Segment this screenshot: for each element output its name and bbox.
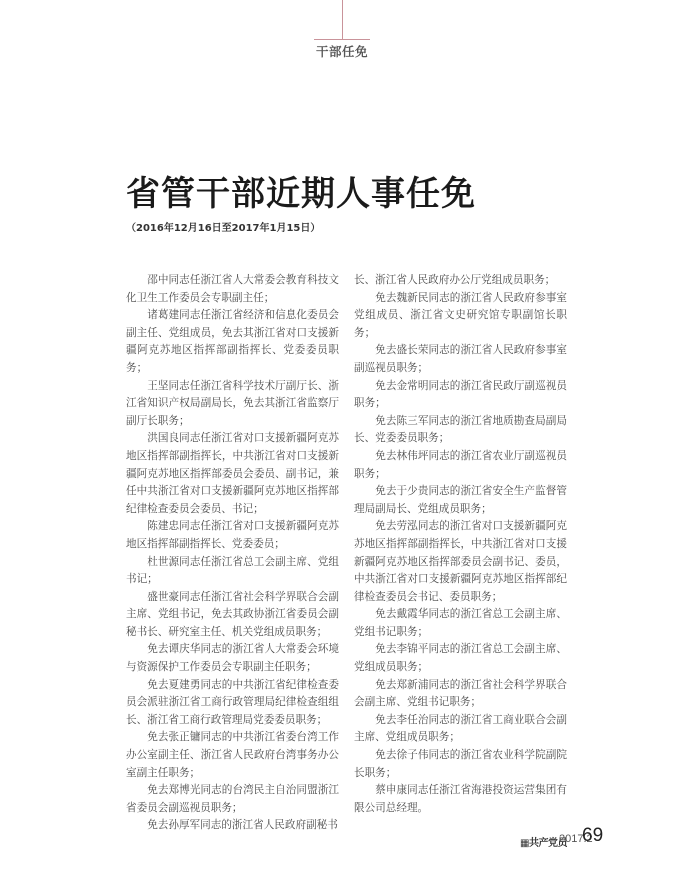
appointment-paragraph: 免去林伟坪同志的浙江省农业厅副巡视员职务； — [354, 448, 567, 483]
article-title: 省管干部近期人事任免 — [126, 166, 476, 215]
appointment-paragraph: 王坚同志任浙江省科学技术厅副厅长、浙江省知识产权局副局长，免去其浙江省监察厅副厅… — [126, 378, 339, 431]
page-footer: ▦共产党员 2017.2 69 — [0, 826, 683, 850]
appointment-paragraph: 免去陈三军同志的浙江省地质勘查局副局长、党委委员职务； — [354, 413, 567, 448]
right-column: 长、浙江省人民政府办公厅党组成员职务；免去魏新民同志的浙江省人民政府参事室党组成… — [354, 272, 567, 817]
appointment-paragraph: 诸葛建同志任浙江省经济和信息化委员会副主任、党组成员，免去其浙江省对口支援新疆阿… — [126, 307, 339, 377]
appointment-paragraph: 免去戴霞华同志的浙江省总工会副主席、党组书记职务； — [354, 606, 567, 641]
appointment-paragraph: 免去郑新浦同志的浙江省社会科学界联合会副主席、党组书记职务； — [354, 677, 567, 712]
left-column: 邵中同志任浙江省人大常委会教育科技文化卫生工作委员会专职副主任；诸葛建同志任浙江… — [126, 272, 339, 835]
appointment-paragraph: 免去徐子伟同志的浙江省农业科学院副院长职务； — [354, 747, 567, 782]
appointment-paragraph: 免去于少贵同志的浙江省安全生产监督管理局副局长、党组成员职务； — [354, 483, 567, 518]
section-label: 干部任免 — [314, 42, 370, 60]
appointment-paragraph: 免去魏新民同志的浙江省人民政府参事室党组成员、浙江省文史研究馆专职副馆长职务； — [354, 290, 567, 343]
appointment-paragraph: 长、浙江省人民政府办公厅党组成员职务； — [354, 272, 567, 290]
appointment-paragraph: 杜世源同志任浙江省总工会副主席、党组书记； — [126, 554, 339, 589]
appointment-paragraph: 免去夏建勇同志的中共浙江省纪律检查委员会派驻浙江省工商行政管理局纪律检查组组长、… — [126, 677, 339, 730]
appointment-paragraph: 邵中同志任浙江省人大常委会教育科技文化卫生工作委员会专职副主任； — [126, 272, 339, 307]
appointment-paragraph: 免去谭庆华同志的浙江省人大常委会环境与资源保护工作委员会专职副主任职务； — [126, 641, 339, 676]
appointment-paragraph: 免去李锦平同志的浙江省总工会副主席、党组成员职务； — [354, 641, 567, 676]
appointment-paragraph: 陈建忠同志任浙江省对口支援新疆阿克苏地区指挥部副指挥长、党委委员； — [126, 518, 339, 553]
appointment-paragraph: 免去金常明同志的浙江省民政厅副巡视员职务； — [354, 378, 567, 413]
appointment-paragraph: 蔡申康同志任浙江省海港投资运营集团有限公司总经理。 — [354, 782, 567, 817]
appointment-paragraph: 洪国良同志任浙江省对口支援新疆阿克苏地区指挥部副指挥长，中共浙江省对口支援新疆阿… — [126, 430, 339, 518]
date-range: （2016年12月16日至2017年1月15日） — [126, 219, 320, 234]
page-number: 69 — [582, 825, 603, 847]
appointment-paragraph: 盛世豪同志任浙江省社会科学界联合会副主席、党组书记，免去其政协浙江省委员会副秘书… — [126, 589, 339, 642]
appointment-paragraph: 免去郑博光同志的台湾民主自治同盟浙江省委员会副巡视员职务； — [126, 782, 339, 817]
header-vertical-rule — [342, 0, 343, 40]
appointment-paragraph: 免去张正镛同志的中共浙江省委台湾工作办公室副主任、浙江省人民政府台湾事务办公室副… — [126, 729, 339, 782]
appointment-paragraph: 免去李任治同志的浙江省工商业联合会副主席、党组成员职务； — [354, 712, 567, 747]
header-horizontal-rule — [314, 39, 370, 40]
appointment-paragraph: 免去劳泓同志的浙江省对口支援新疆阿克苏地区指挥部副指挥长，中共浙江省对口支援新疆… — [354, 518, 567, 606]
appointment-paragraph: 免去盛长荣同志的浙江省人民政府参事室副巡视员职务； — [354, 342, 567, 377]
